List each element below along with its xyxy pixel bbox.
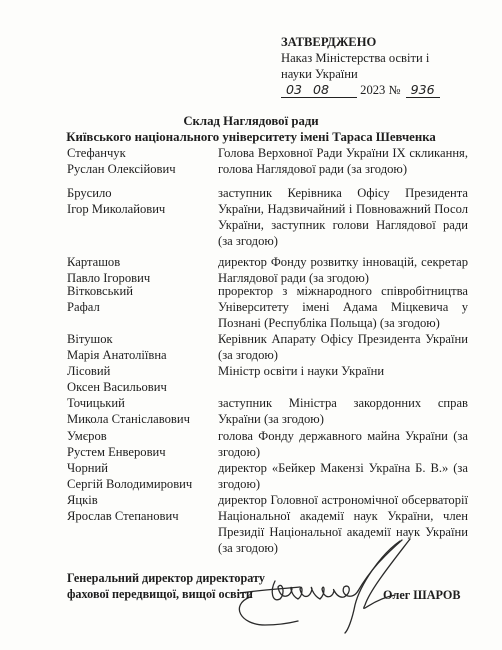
signatory-position-line-1: Генеральний директор директорату	[67, 570, 265, 586]
order-date-line: 0308 2023 № 936	[281, 82, 440, 98]
signatory-position-line-2: фахової передвищої, вищої освіти	[67, 586, 265, 602]
member-surname: Умєров	[67, 428, 217, 444]
member-surname: Карташов	[67, 254, 217, 270]
document-page: ЗАТВЕРДЖЕНО Наказ Міністерства освіти і …	[0, 0, 502, 650]
member-role: Керівник Апарату Офісу Президента Україн…	[218, 331, 468, 363]
member-role: директор Фонду розвитку інновацій, секре…	[218, 254, 468, 286]
document-title: Склад Наглядової ради Київського націона…	[0, 113, 502, 145]
member-surname: Чорний	[67, 460, 217, 476]
member-surname: Яцків	[67, 492, 217, 508]
member-role: Голова Верховної Ради України IX скликан…	[218, 145, 468, 177]
member-given-name: Руслан Олексійович	[67, 161, 217, 177]
member-name: Точицький Микола Станіславович	[67, 395, 217, 427]
member-given-name: Рафал	[67, 299, 217, 315]
member-given-name: Марія Анатоліївна	[67, 347, 217, 363]
member-name: Лісовий Оксен Васильович	[67, 363, 217, 395]
member-name: Брусило Ігор Миколайович	[67, 185, 217, 217]
title-line-2: Київського національного університету ім…	[0, 129, 502, 145]
member-surname: Точицький	[67, 395, 217, 411]
member-given-name: Оксен Васильович	[67, 379, 217, 395]
member-surname: Брусило	[67, 185, 217, 201]
order-line-1: Наказ Міністерства освіти і	[281, 50, 440, 66]
order-line-2: науки України	[281, 66, 440, 82]
member-name: Вітушок Марія Анатоліївна	[67, 331, 217, 363]
member-name: Вітковський Рафал	[67, 283, 217, 315]
order-day: 03	[281, 83, 307, 98]
signature-icon	[220, 495, 430, 635]
order-year: 2023 №	[360, 83, 400, 97]
member-given-name: Ігор Миколайович	[67, 201, 217, 217]
member-name: Яцків Ярослав Степанович	[67, 492, 217, 524]
order-number: 936	[406, 83, 440, 98]
member-name: Карташов Павло Ігорович	[67, 254, 217, 286]
member-given-name: Рустем Енверович	[67, 444, 217, 460]
member-given-name: Сергій Володимирович	[67, 476, 217, 492]
member-name: Стефанчук Руслан Олексійович	[67, 145, 217, 177]
member-name: Умєров Рустем Енверович	[67, 428, 217, 460]
member-surname: Вітковський	[67, 283, 217, 299]
member-given-name: Микола Станіславович	[67, 411, 217, 427]
member-role: директор «Бейкер Макензі Україна Б. В.» …	[218, 460, 468, 492]
approval-stamp: ЗАТВЕРДЖЕНО	[281, 34, 440, 50]
member-given-name: Ярослав Степанович	[67, 508, 217, 524]
signatory-name: Олег ШАРОВ	[383, 587, 460, 603]
member-role: Міністр освіти і науки України	[218, 363, 468, 379]
approval-block: ЗАТВЕРДЖЕНО Наказ Міністерства освіти і …	[281, 34, 440, 98]
member-surname: Вітушок	[67, 331, 217, 347]
member-role: голова Фонду державного майна України (з…	[218, 428, 468, 460]
member-surname: Стефанчук	[67, 145, 217, 161]
member-role: проректор з міжнародного співробітництва…	[218, 283, 468, 331]
member-role: заступник Керівника Офісу Президента Укр…	[218, 185, 468, 249]
title-line-1: Склад Наглядової ради	[0, 113, 502, 129]
member-surname: Лісовий	[67, 363, 217, 379]
signatory-position: Генеральний директор директорату фахової…	[67, 570, 265, 602]
member-name: Чорний Сергій Володимирович	[67, 460, 217, 492]
member-role: заступник Міністра закордонних справ Укр…	[218, 395, 468, 427]
order-month: 08	[307, 83, 357, 98]
